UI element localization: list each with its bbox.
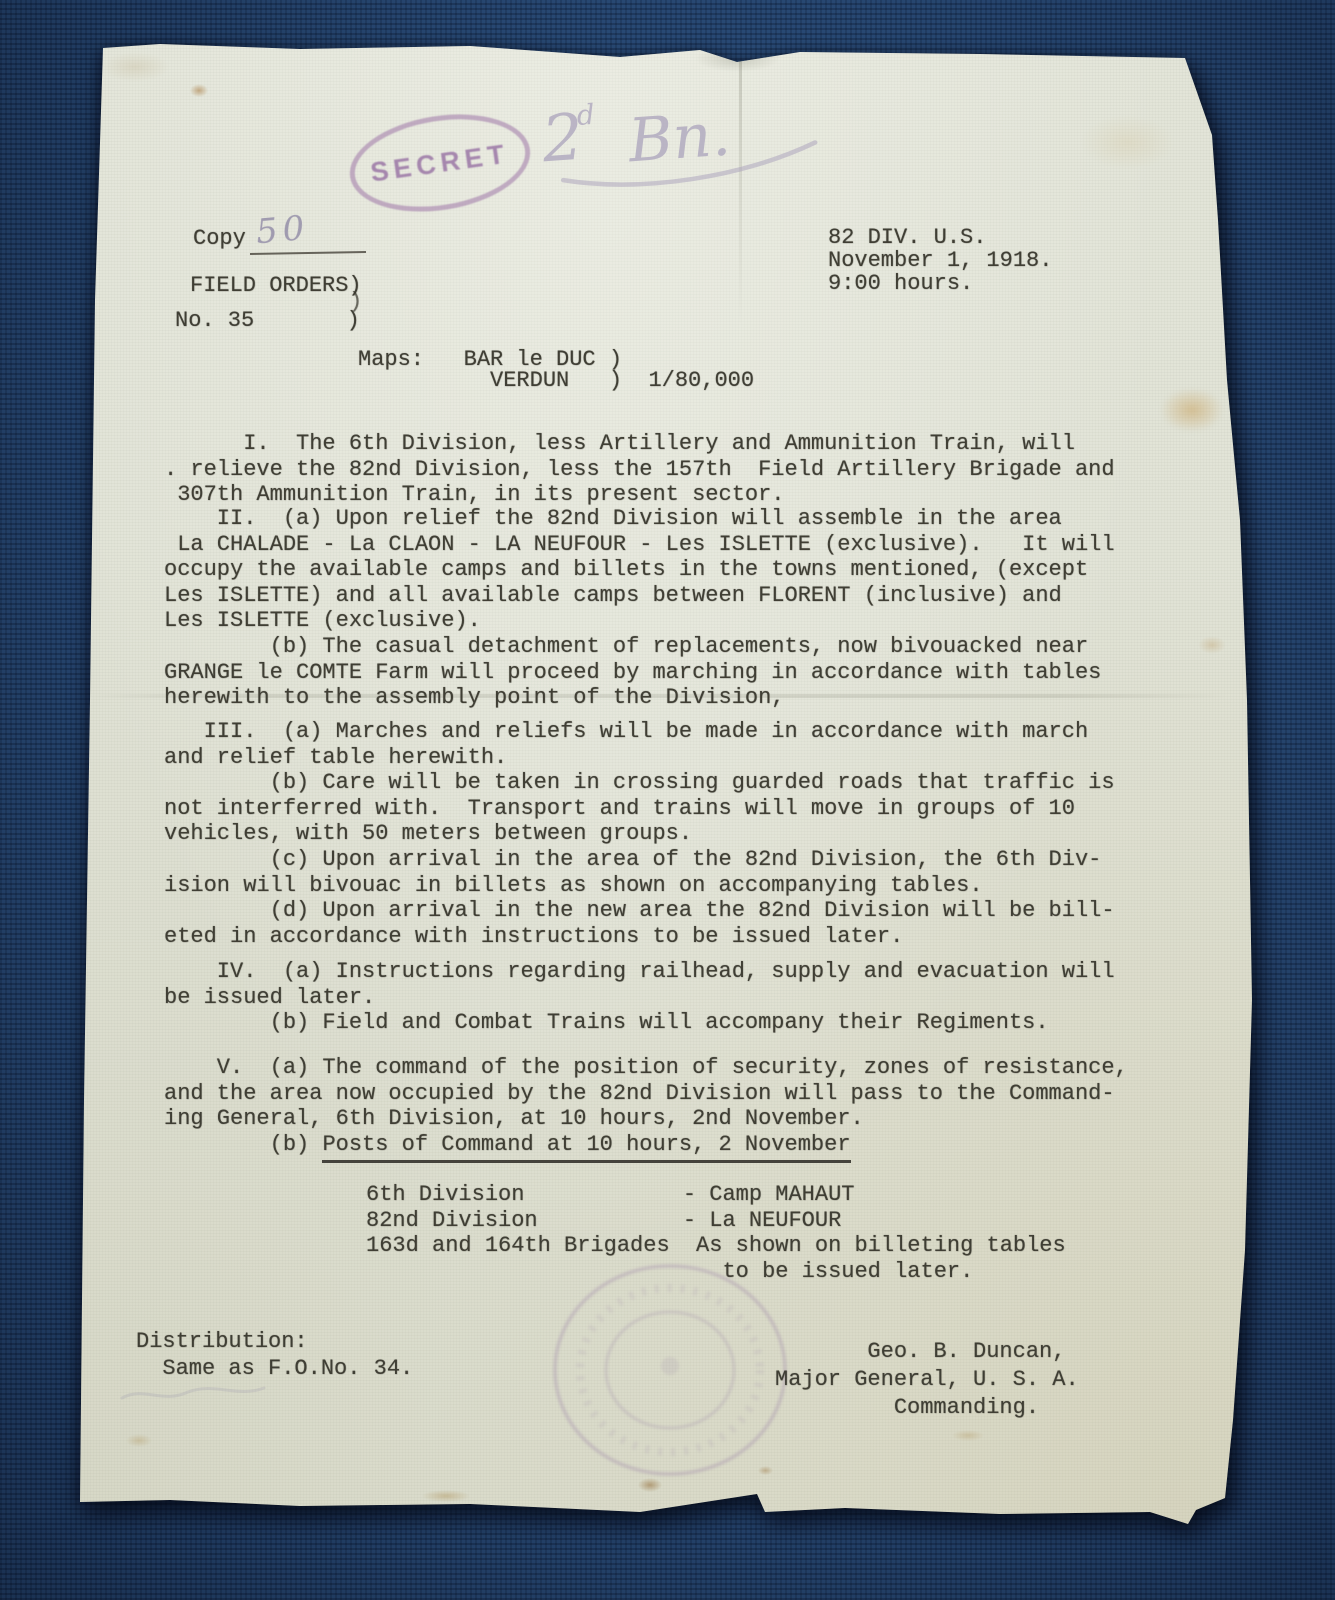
pencil-note-battalion: 2 d Bn. — [528, 70, 828, 185]
stain — [422, 1490, 470, 1502]
photo-stage: SECRET 2 d Bn. Copy 50 FIELD ORDERS) ) N… — [0, 0, 1335, 1600]
stain — [190, 84, 208, 97]
pencil-note-word: Bn. — [625, 99, 732, 176]
distribution-block: Distribution: Same as F.O.No. 34. — [136, 1328, 413, 1382]
secret-stamp-label: SECRET — [369, 138, 511, 188]
stain — [1198, 636, 1226, 654]
field-orders-label: FIELD ORDERS) — [190, 273, 362, 299]
copy-label: Copy — [193, 226, 246, 252]
unit-seal-stamp — [548, 1262, 793, 1482]
paragraph-i: I. The 6th Division, less Artillery and … — [164, 431, 1115, 508]
secret-stamp: SECRET — [343, 102, 537, 223]
paragraph-ii: II. (a) Upon relief the 82nd Division wi… — [164, 506, 1115, 711]
signature-block: Geo. B. Duncan, Major General, U. S. A. … — [775, 1338, 1079, 1422]
order-number-line: No. 35 ) — [175, 308, 360, 334]
stain — [1080, 115, 1175, 170]
copy-number-underline — [250, 251, 366, 255]
paper-shadow-wrap: SECRET 2 d Bn. Copy 50 FIELD ORDERS) ) N… — [0, 0, 1335, 1600]
paragraph-iii: III. (a) Marches and reliefs will be mad… — [164, 719, 1115, 949]
maps-reference: Maps: BAR le DUC ) VERDUN ) 1/80,000 — [358, 349, 754, 391]
document-paper: SECRET 2 d Bn. Copy 50 FIELD ORDERS) ) N… — [0, 0, 1335, 1600]
issuing-unit-block: 82 DIV. U.S. November 1, 1918. 9:00 hour… — [828, 226, 1052, 295]
stain — [126, 1434, 152, 1447]
stain — [952, 1430, 984, 1441]
paragraph-v-a: V. (a) The command of the position of se… — [164, 1055, 1128, 1132]
paragraph-v-b: (b) Posts of Command at 10 hours, 2 Nove… — [164, 1132, 851, 1158]
stain — [1160, 388, 1224, 432]
paragraph-iv: IV. (a) Instructions regarding railhead,… — [164, 959, 1115, 1036]
stain — [100, 52, 170, 82]
posts-of-command-heading: Posts of Command at 10 hours, 2 November — [322, 1132, 850, 1163]
paragraph-v-b-prefix: (b) — [164, 1132, 322, 1157]
pencil-copy-number: 50 — [254, 208, 311, 252]
pencil-note-superscript: d — [576, 98, 596, 132]
top-edge-dent-shadow — [695, 46, 780, 72]
